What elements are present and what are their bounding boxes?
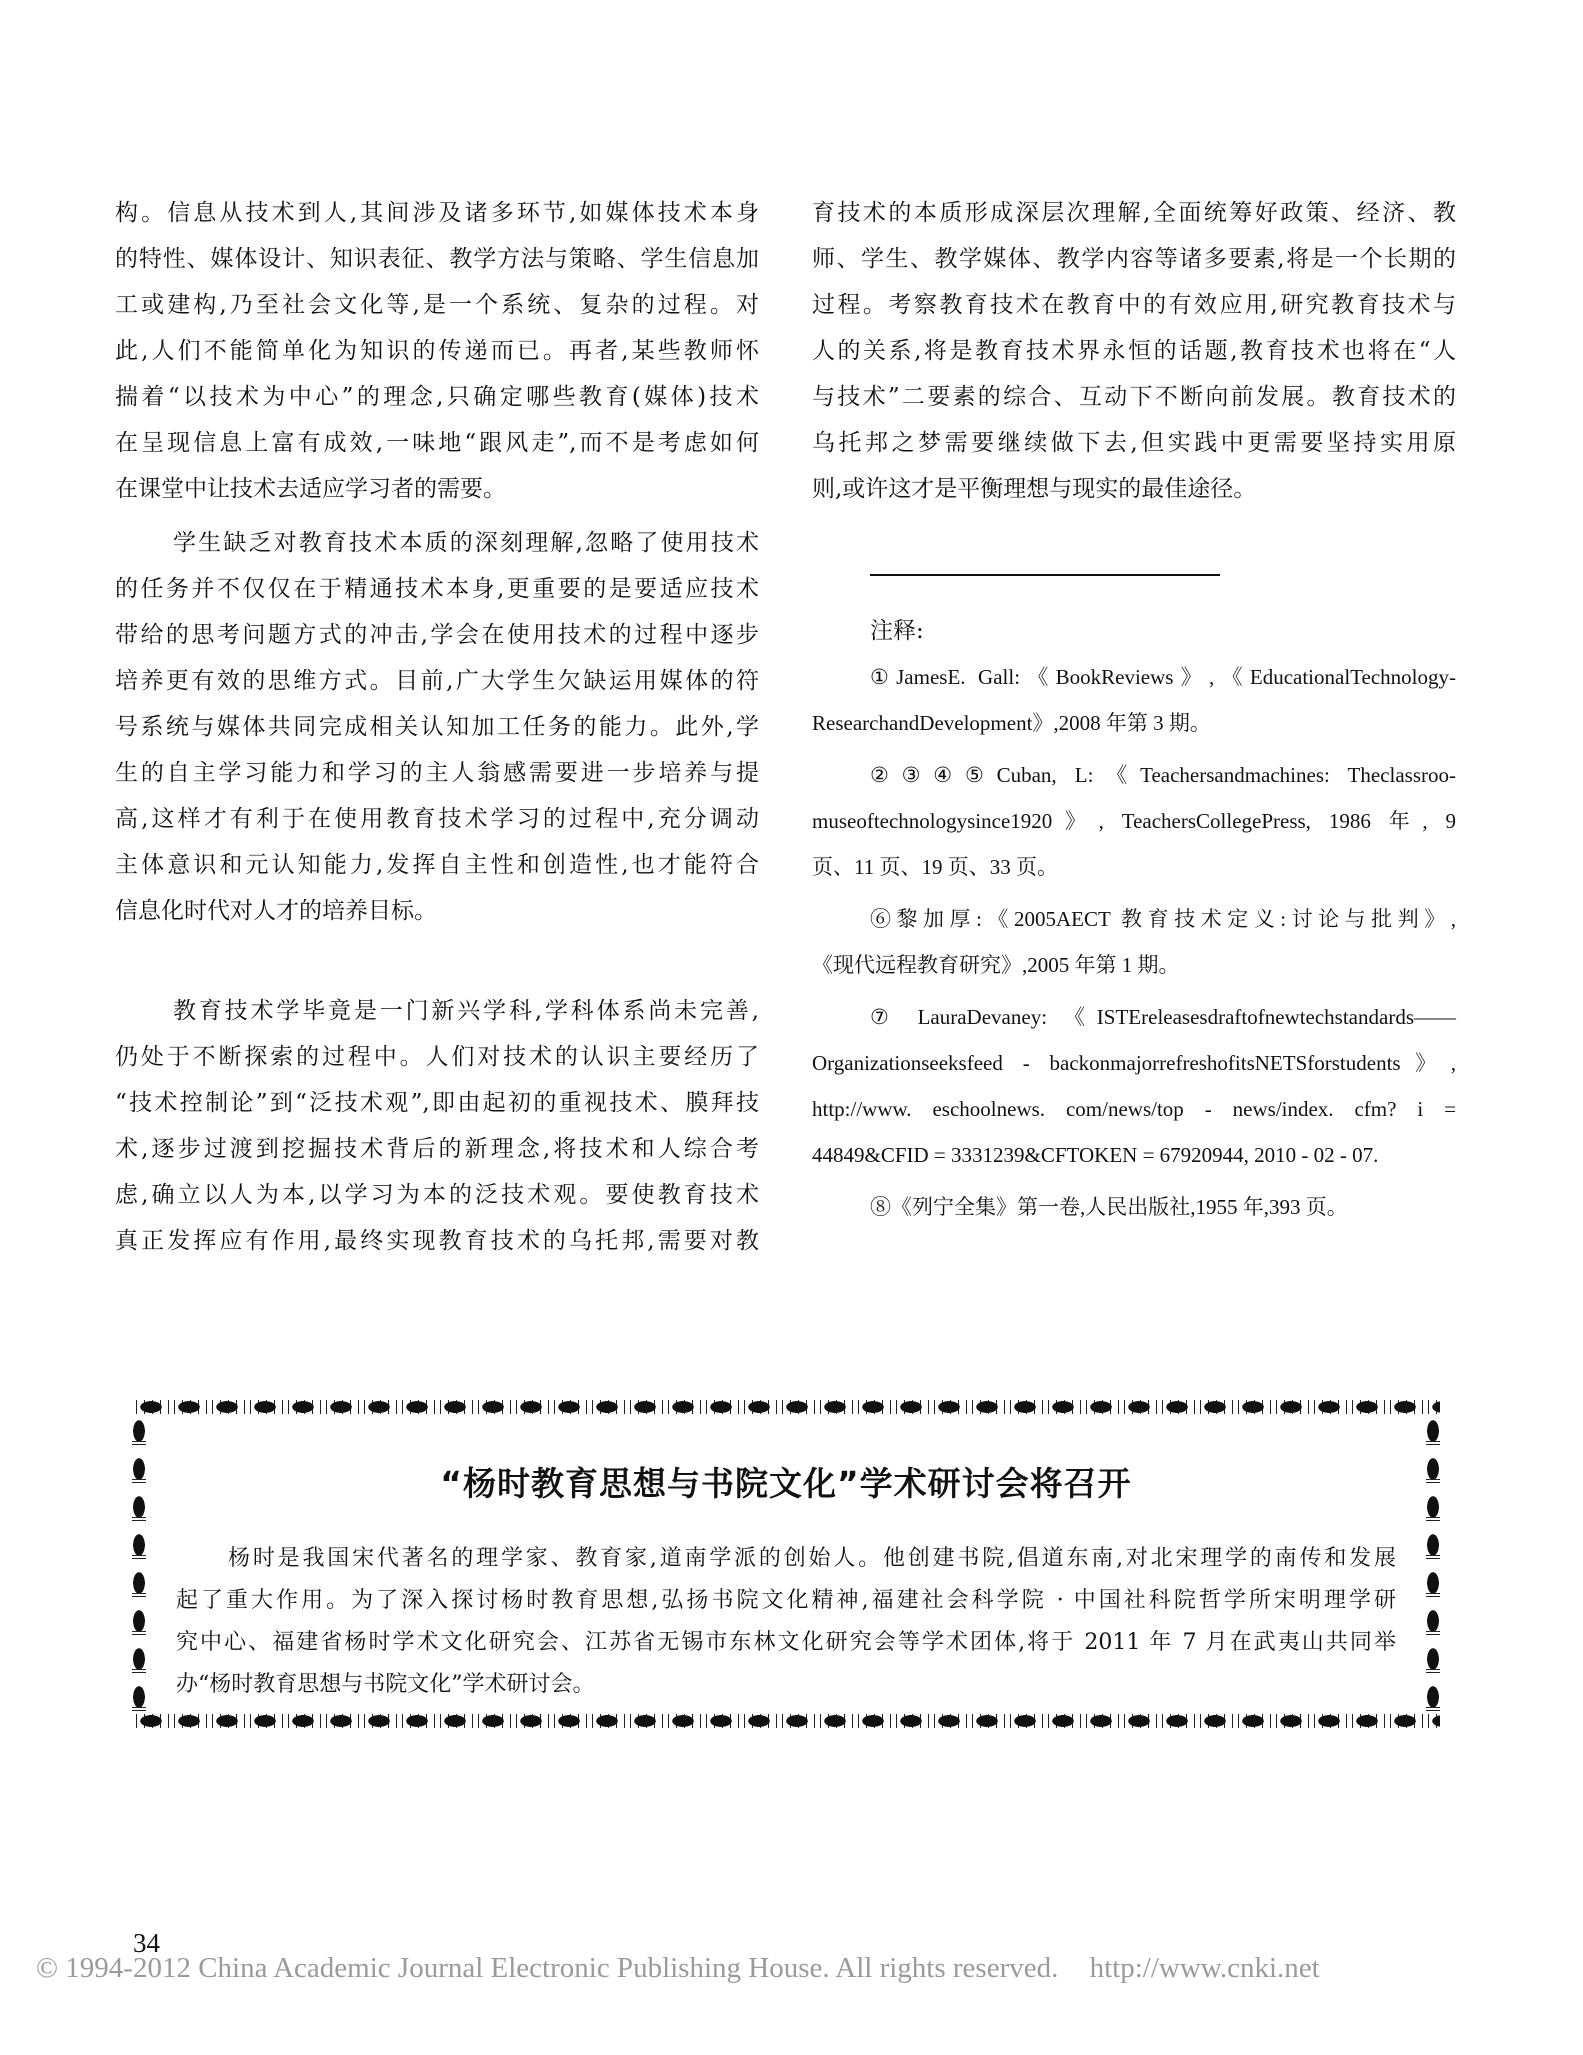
conference-notice-box: “杨时教育思想与书院文化”学术研讨会将召开 杨时是我国宋代著名的理学家、教育家,…: [132, 1400, 1440, 1728]
footnote-2: ②③④⑤Cuban, L:《Teachersandmachines: Thecl…: [812, 752, 1456, 890]
text-line: 号系统与媒体共同完成相关认知加工任务的能力。此外,学: [115, 704, 759, 750]
text-line: 此,人们不能简单化为知识的传递而已。再者,某些教师怀: [115, 328, 759, 374]
text-line: 术,逐步过渡到挖掘技术背后的新理念,将技术和人综合考: [115, 1126, 759, 1172]
spacer: [115, 512, 759, 520]
notice-title: “杨时教育思想与书院文化”学术研讨会将召开: [132, 1458, 1440, 1505]
footnote-line: ⑥黎加厚:《2005AECT 教育技术定义:讨论与批判》,: [812, 896, 1456, 942]
text-line: 起了重大作用。为了深入探讨杨时教育思想,弘扬书院文化精神,福建社会科学院 · 中…: [176, 1580, 1396, 1622]
footnote-line: Organizationseeksfeed - backonmajorrefre…: [812, 1040, 1456, 1086]
footnote-line: 44849&CFID = 3331239&CFTOKEN = 67920944,…: [812, 1132, 1456, 1178]
text-line: 学生缺乏对教育技术本质的深刻理解,忽略了使用技术: [115, 520, 759, 566]
text-line: 究中心、福建省杨时学术文化研究会、江苏省无锡市东林文化研究会等学术团体,将于 2…: [176, 1622, 1396, 1664]
text-line: 办“杨时教育思想与书院文化”学术研讨会。: [176, 1664, 1396, 1706]
paragraph-2: 学生缺乏对教育技术本质的深刻理解,忽略了使用技术 的任务并不仅仅在于精通技术本身…: [115, 520, 759, 934]
footnote-7: ⑦ LauraDevaney: 《ISTEreleasesdraftofnewt…: [812, 994, 1456, 1178]
footnote-1: ①JamesE. Gall:《BookReviews》,《Educational…: [812, 654, 1456, 746]
footnote-line: ①JamesE. Gall:《BookReviews》,《Educational…: [812, 654, 1456, 700]
footnote-line: ②③④⑤Cuban, L:《Teachersandmachines: Thecl…: [812, 752, 1456, 798]
right-column: 育技术的本质形成深层次理解,全面统筹好政策、经济、教 师、学生、教学媒体、教学内…: [812, 190, 1456, 1236]
text-line: 的任务并不仅仅在于精通技术本身,更重要的是要适应技术: [115, 566, 759, 612]
text-line: 信息化时代对人才的培养目标。: [115, 888, 759, 934]
footnote-divider: [870, 574, 1220, 576]
paragraph-1: 构。信息从技术到人,其间涉及诸多环节,如媒体技术本身 的特性、媒体设计、知识表征…: [115, 190, 759, 512]
footnote-line: museoftechnologysince1920》, TeachersColl…: [812, 798, 1456, 844]
ornamental-border-top: [132, 1400, 1440, 1414]
ornamental-border-bottom: [132, 1714, 1440, 1728]
copyright-text: © 1994-2012 China Academic Journal Elect…: [36, 1952, 1058, 1984]
footnote-line: ⑦ LauraDevaney: 《ISTEreleasesdraftofnewt…: [812, 994, 1456, 1040]
text-line: 主体意识和元认知能力,发挥自主性和创造性,也才能符合: [115, 842, 759, 888]
conclusion-paragraph: 育技术的本质形成深层次理解,全面统筹好政策、经济、教 师、学生、教学媒体、教学内…: [812, 190, 1456, 512]
footnote-6: ⑥黎加厚:《2005AECT 教育技术定义:讨论与批判》, 《现代远程教育研究》…: [812, 896, 1456, 988]
footnote-line: ResearchandDevelopment》,2008 年第 3 期。: [812, 700, 1456, 746]
notes-heading: 注释:: [812, 608, 1456, 654]
paragraph-3: 教育技术学毕竟是一门新兴学科,学科体系尚未完善, 仍处于不断探索的过程中。人们对…: [115, 988, 759, 1264]
text-line: 培养更有效的思维方式。目前,广大学生欠缺运用媒体的符: [115, 658, 759, 704]
copyright-footer: © 1994-2012 China Academic Journal Elect…: [36, 1952, 1320, 1985]
footnote-line: 《现代远程教育研究》,2005 年第 1 期。: [812, 942, 1456, 988]
text-line: 真正发挥应有作用,最终实现教育技术的乌托邦,需要对教: [115, 1218, 759, 1264]
text-line: 人的关系,将是教育技术界永恒的话题,教育技术也将在“人: [812, 328, 1456, 374]
footnote-line: http://www. eschoolnews. com/news/top - …: [812, 1086, 1456, 1132]
text-line: 教育技术学毕竟是一门新兴学科,学科体系尚未完善,: [115, 988, 759, 1034]
text-line: 构。信息从技术到人,其间涉及诸多环节,如媒体技术本身: [115, 190, 759, 236]
text-line: 的特性、媒体设计、知识表征、教学方法与策略、学生信息加: [115, 236, 759, 282]
notice-body: 杨时是我国宋代著名的理学家、教育家,道南学派的创始人。他创建书院,倡道东南,对北…: [176, 1538, 1396, 1706]
text-line: 高,这样才有利于在使用教育技术学习的过程中,充分调动: [115, 796, 759, 842]
text-line: 在课堂中让技术去适应学习者的需要。: [115, 466, 759, 512]
text-line: 仍处于不断探索的过程中。人们对技术的认识主要经历了: [115, 1034, 759, 1080]
text-line: 过程。考察教育技术在教育中的有效应用,研究教育技术与: [812, 282, 1456, 328]
text-line: 生的自主学习能力和学习的主人翁感需要进一步培养与提: [115, 750, 759, 796]
text-line: 带给的思考问题方式的冲击,学会在使用技术的过程中逐步: [115, 612, 759, 658]
cnki-link[interactable]: http://www.cnki.net: [1090, 1952, 1320, 1984]
text-line: 工或建构,乃至社会文化等,是一个系统、复杂的过程。对: [115, 282, 759, 328]
footnote-line: 页、11 页、19 页、33 页。: [812, 844, 1456, 890]
text-line: 在呈现信息上富有成效,一味地“跟风走”,而不是考虑如何: [115, 420, 759, 466]
footnote-8: ⑧《列宁全集》第一卷,人民出版社,1955 年,393 页。: [812, 1184, 1456, 1230]
text-line: 师、学生、教学媒体、教学内容等诸多要素,将是一个长期的: [812, 236, 1456, 282]
left-column: 构。信息从技术到人,其间涉及诸多环节,如媒体技术本身 的特性、媒体设计、知识表征…: [115, 190, 759, 1264]
text-line: 虑,确立以人为本,以学习为本的泛技术观。要使教育技术: [115, 1172, 759, 1218]
text-line: 揣着“以技术为中心”的理念,只确定哪些教育(媒体)技术: [115, 374, 759, 420]
text-line: 则,或许这才是平衡理想与现实的最佳途径。: [812, 466, 1456, 512]
footnote-line: ⑧《列宁全集》第一卷,人民出版社,1955 年,393 页。: [812, 1184, 1456, 1230]
text-line: “技术控制论”到“泛技术观”,即由起初的重视技术、膜拜技: [115, 1080, 759, 1126]
text-line: 乌托邦之梦需要继续做下去,但实践中更需要坚持实用原: [812, 420, 1456, 466]
spacer: [115, 934, 759, 988]
text-line: 杨时是我国宋代著名的理学家、教育家,道南学派的创始人。他创建书院,倡道东南,对北…: [176, 1538, 1396, 1580]
text-line: 育技术的本质形成深层次理解,全面统筹好政策、经济、教: [812, 190, 1456, 236]
text-line: 与技术”二要素的综合、互动下不断向前发展。教育技术的: [812, 374, 1456, 420]
